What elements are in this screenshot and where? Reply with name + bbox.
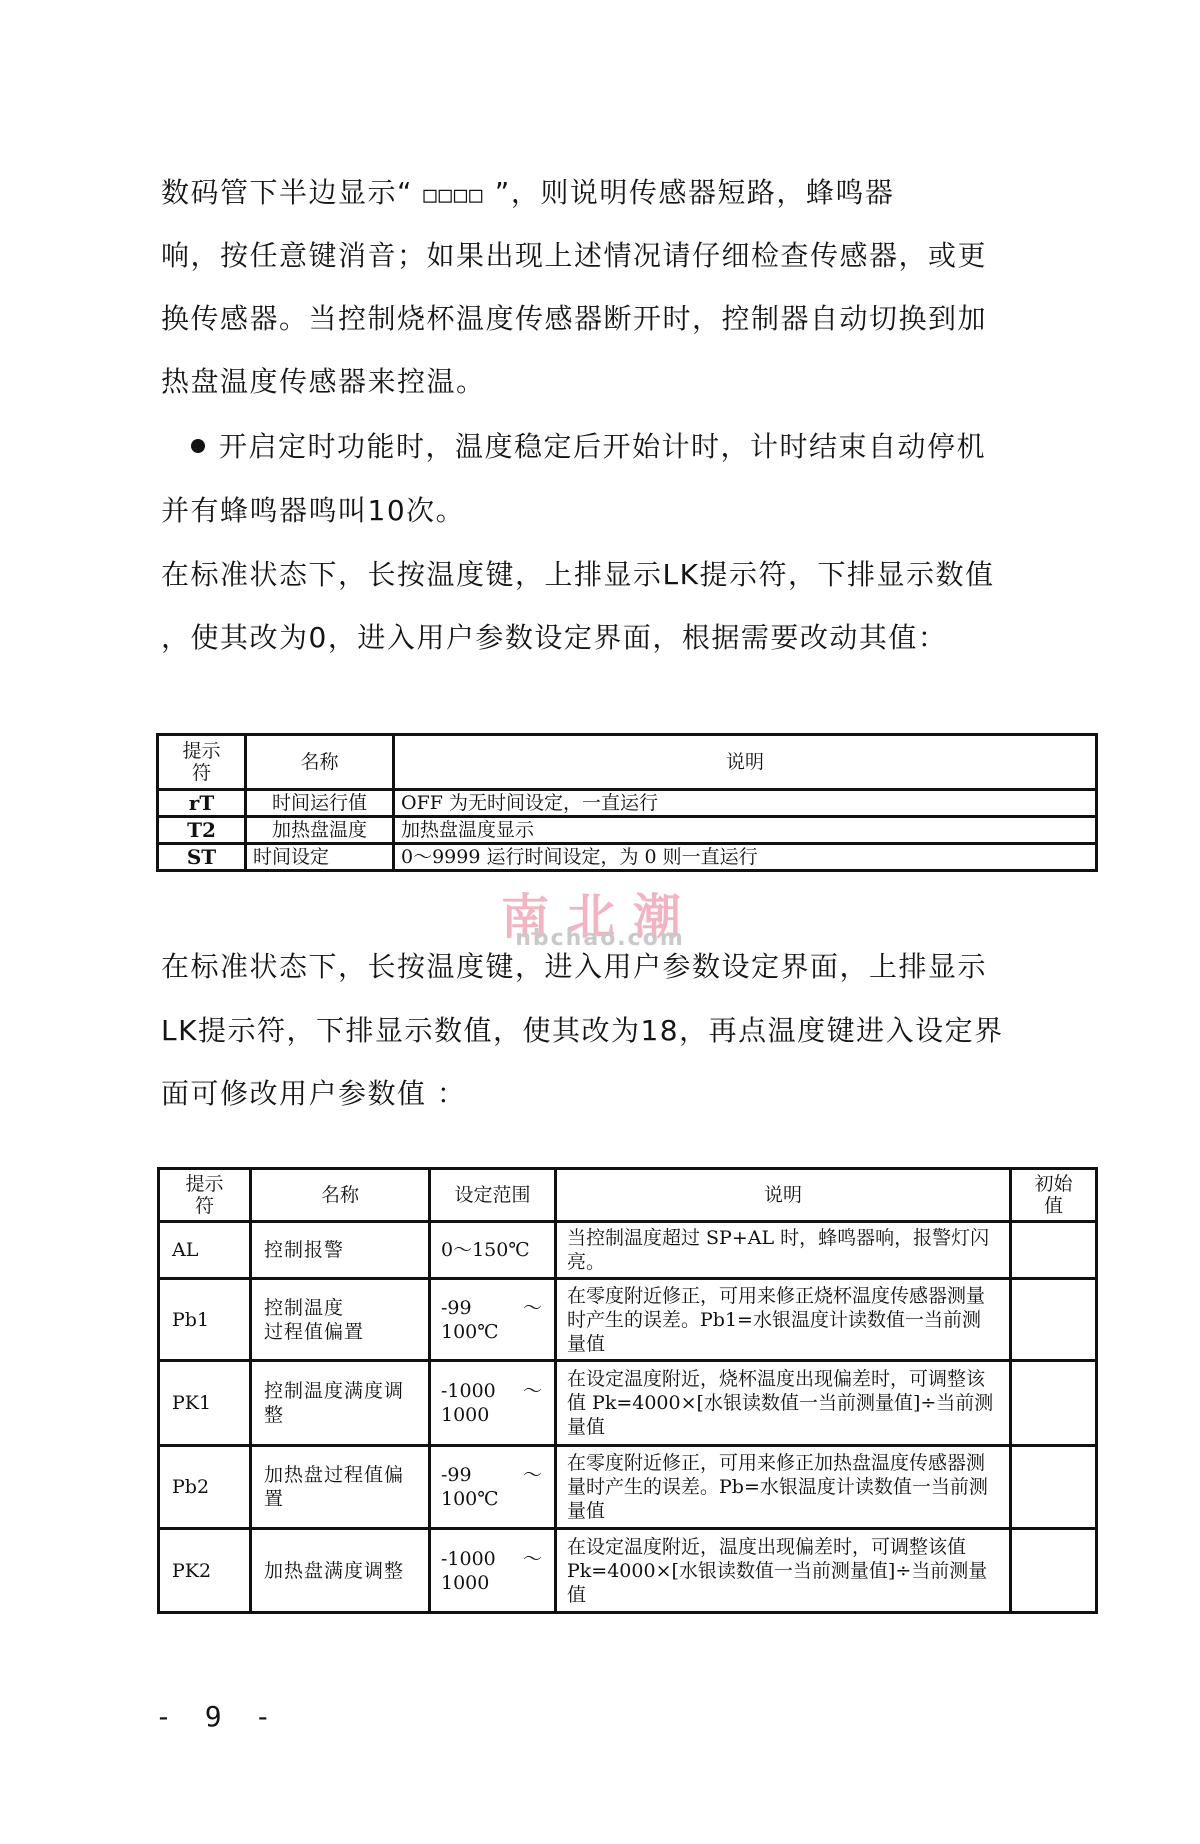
cell-name: 控制报警: [251, 1222, 430, 1279]
cell-initial-value: [1011, 1279, 1097, 1361]
header-name: 名称: [246, 735, 394, 790]
cell-description: 在零度附近修正，可用来修正加热盘温度传感器测量时产生的误差。Pb=水银温度计读数…: [556, 1446, 1011, 1529]
cell-range: 0～150℃: [430, 1222, 556, 1279]
cell-description: 当控制温度超过 SP+AL 时，蜂鸣器响，报警灯闪亮。: [556, 1222, 1011, 1279]
paragraph-line: 换传感器。当控制烧杯温度传感器断开时，控制器自动切换到加: [161, 299, 987, 339]
cell-name: 加热盘温度: [246, 817, 394, 844]
cell-range: -1000～1000: [430, 1361, 556, 1446]
cell-symbol: ST: [158, 844, 246, 871]
header-description: 说明: [394, 735, 1097, 790]
cell-initial-value: [1011, 1222, 1097, 1279]
table-header-row: 提示符 名称 说明: [158, 735, 1097, 790]
cell-symbol: AL: [159, 1222, 251, 1279]
cell-initial-value: [1011, 1361, 1097, 1446]
header-symbol: 提示符: [159, 1169, 251, 1222]
paragraph-line: 在标准状态下，长按温度键，进入用户参数设定界面，上排显示: [161, 947, 987, 987]
cell-symbol: Pb1: [159, 1279, 251, 1361]
header-name: 名称: [251, 1169, 430, 1222]
cell-name: 加热盘过程值偏置: [251, 1446, 430, 1529]
cell-symbol: rT: [158, 790, 246, 817]
paragraph-line: 响，按任意键消音；如果出现上述情况请仔细检查传感器，或更: [161, 236, 987, 276]
paragraph-line: 面可修改用户参数值 ：: [161, 1074, 466, 1114]
paragraph-line: 热盘温度传感器来控温。: [161, 362, 486, 402]
cell-symbol: PK1: [159, 1361, 251, 1446]
bullet-text: 开启定时功能时，温度稳定后开始计时，计时结束自动停机: [219, 430, 986, 463]
page-number: - 9 -: [155, 1700, 279, 1733]
cell-name: 时间设定: [246, 844, 394, 871]
cell-range: -99～100℃: [430, 1279, 556, 1361]
table-header-row: 提示符 名称 设定范围 说明 初始值: [159, 1169, 1097, 1222]
header-range: 设定范围: [430, 1169, 556, 1222]
paragraph-line: 数码管下半边显示“ □□□□ ”，则说明传感器短路，蜂鸣器: [161, 173, 894, 216]
cell-name: 加热盘满度调整: [251, 1529, 430, 1613]
paragraph-line: 在标准状态下，长按温度键，上排显示LK提示符，下排显示数值: [161, 555, 994, 595]
cell-range: -1000～1000: [430, 1529, 556, 1613]
cell-description: 在设定温度附近，温度出现偏差时，可调整该值 Pk=4000×[水银读数值一当前测…: [556, 1529, 1011, 1613]
bullet-icon: [191, 439, 205, 453]
table-row: PK2 加热盘满度调整 -1000～1000 在设定温度附近，温度出现偏差时，可…: [159, 1529, 1097, 1613]
user-parameter-table-lk18: 提示符 名称 设定范围 说明 初始值 AL 控制报警 0～150℃ 当控制温度超…: [157, 1167, 1098, 1614]
cell-description: OFF 为无时间设定，一直运行: [394, 790, 1097, 817]
table-row: T2 加热盘温度 加热盘温度显示: [158, 817, 1097, 844]
cell-symbol: T2: [158, 817, 246, 844]
cell-name: 控制温度满度调整: [251, 1361, 430, 1446]
header-description: 说明: [556, 1169, 1011, 1222]
short-circuit-display-boxes: □□□□: [423, 183, 484, 208]
table-row: PK1 控制温度满度调整 -1000～1000 在设定温度附近，烧杯温度出现偏差…: [159, 1361, 1097, 1446]
cell-description: 在设定温度附近，烧杯温度出现偏差时，可调整该值 Pk=4000×[水银读数值一当…: [556, 1361, 1011, 1446]
cell-description: 在零度附近修正，可用来修正烧杯温度传感器测量时产生的误差。Pb1=水银温度计读数…: [556, 1279, 1011, 1361]
table-row: Pb2 加热盘过程值偏置 -99～100℃ 在零度附近修正，可用来修正加热盘温度…: [159, 1446, 1097, 1529]
cell-range: -99～100℃: [430, 1446, 556, 1529]
cell-symbol: PK2: [159, 1529, 251, 1613]
cell-initial-value: [1011, 1446, 1097, 1529]
table-row: rT 时间运行值 OFF 为无时间设定，一直运行: [158, 790, 1097, 817]
paragraph-line: ，使其改为0，进入用户参数设定界面，根据需要改动其值：: [161, 618, 947, 658]
paragraph-line: 并有蜂鸣器鸣叫10次。: [161, 491, 465, 531]
table-row: AL 控制报警 0～150℃ 当控制温度超过 SP+AL 时，蜂鸣器响，报警灯闪…: [159, 1222, 1097, 1279]
cell-name: 时间运行值: [246, 790, 394, 817]
user-parameter-table-lk0: 提示符 名称 说明 rT 时间运行值 OFF 为无时间设定，一直运行 T2 加热…: [156, 733, 1098, 872]
watermark-logo: 南北潮: [0, 878, 1200, 947]
cell-description: 0～9999 运行时间设定，为 0 则一直运行: [394, 844, 1097, 871]
cell-name: 控制温度 过程值偏置: [251, 1279, 430, 1361]
cell-symbol: Pb2: [159, 1446, 251, 1529]
bullet-line: 开启定时功能时，温度稳定后开始计时，计时结束自动停机: [161, 427, 986, 467]
table-row: ST 时间设定 0～9999 运行时间设定，为 0 则一直运行: [158, 844, 1097, 871]
table-row: Pb1 控制温度 过程值偏置 -99～100℃ 在零度附近修正，可用来修正烧杯温…: [159, 1279, 1097, 1361]
text-segment: 数码管下半边显示“: [161, 176, 423, 209]
header-symbol: 提示符: [158, 735, 246, 790]
header-initial-value: 初始值: [1011, 1169, 1097, 1222]
paragraph-line: LK提示符，下排显示数值，使其改为18，再点温度键进入设定界: [161, 1011, 1004, 1051]
cell-initial-value: [1011, 1529, 1097, 1613]
text-segment: ”，则说明传感器短路，蜂鸣器: [484, 176, 894, 209]
cell-description: 加热盘温度显示: [394, 817, 1097, 844]
